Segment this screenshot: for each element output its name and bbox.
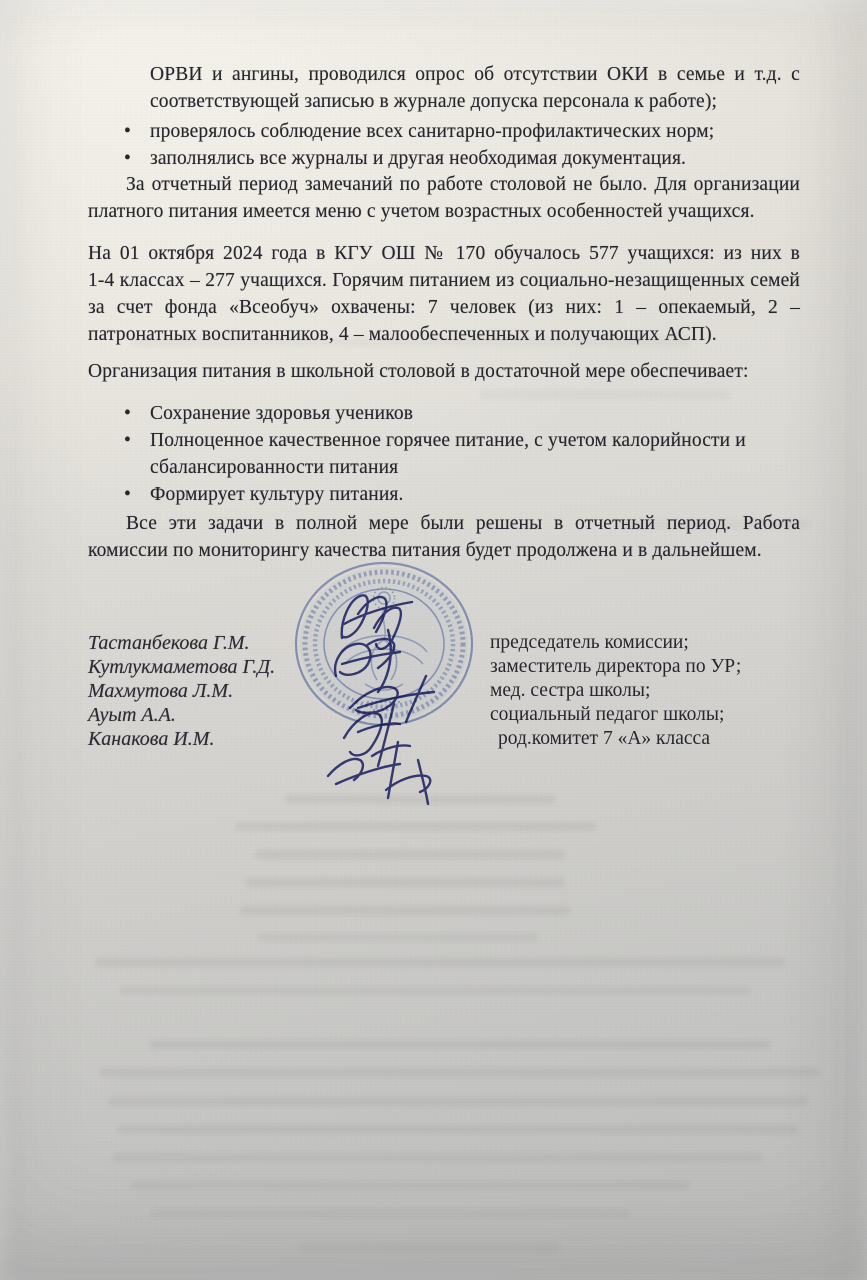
bleedthrough-line xyxy=(120,986,750,995)
signatory-row: Махмутова Л.М. мед. сестра школы; xyxy=(88,679,800,703)
bleedthrough-line xyxy=(480,390,730,399)
text-line: На 01 октября 2024 года в КГУ ОШ № 170 о… xyxy=(88,240,800,267)
list-item: • Формирует культуру питания. xyxy=(124,481,800,508)
paragraph-orvi: ОРВИ и ангины, проводился опрос об отсут… xyxy=(150,61,800,115)
list-item: • Полноценное качественное горячее питан… xyxy=(124,427,800,454)
bleedthrough-line xyxy=(95,958,785,967)
signatory-row: Канакова И.М. род.комитет 7 «А» класса xyxy=(88,727,800,751)
bleedthrough-line xyxy=(108,1097,808,1106)
list-item-text: проверялось соблюдение всех санитарно-пр… xyxy=(150,118,800,145)
paragraph-period: За отчетный период замечаний по работе с… xyxy=(88,171,800,225)
list-item: • заполнялись все журналы и другая необх… xyxy=(124,145,800,172)
text-line: комиссии по мониторингу качества питания… xyxy=(88,537,800,564)
bleedthrough-line xyxy=(245,878,565,887)
list-item-text: Полноценное качественное горячее питание… xyxy=(150,427,800,454)
bullet-icon: • xyxy=(124,427,150,454)
signatory-role: председатель комиссии; xyxy=(490,631,689,655)
text-line: За отчетный период замечаний по работе с… xyxy=(88,171,800,198)
list-item-text: заполнялись все журналы и другая необход… xyxy=(150,145,800,172)
bleedthrough-line xyxy=(235,822,595,831)
paragraph-final: Все эти задачи в полной мере были решены… xyxy=(88,510,800,564)
paragraph-october: На 01 октября 2024 года в КГУ ОШ № 170 о… xyxy=(88,240,800,348)
signatory-row: Ауыт А.А. социальный педагог школы; xyxy=(88,703,800,727)
bleedthrough-line xyxy=(150,1040,770,1049)
text-line: Все эти задачи в полной мере были решены… xyxy=(88,510,800,537)
bullet-icon: • xyxy=(124,118,150,145)
signatory-name: Ауыт А.А. xyxy=(88,703,176,727)
signatory-role: заместитель директора по УР; xyxy=(490,655,741,679)
signatory-role: род.комитет 7 «А» класса xyxy=(498,727,710,751)
bleedthrough-line xyxy=(118,1125,798,1134)
signatory-row: Кутлукмаметова Г.Д. заместитель директор… xyxy=(88,655,800,679)
bleedthrough-line xyxy=(150,1209,630,1218)
bleedthrough-line xyxy=(300,1244,560,1253)
list-item-text: сбалансированности питания xyxy=(150,454,800,481)
scanned-document-page: ОРВИ и ангины, проводился опрос об отсут… xyxy=(0,0,867,1280)
signatory-role: социальный педагог школы; xyxy=(490,703,724,727)
bullet-icon: • xyxy=(124,400,150,427)
signatory-row: Тастанбекова Г.М. председатель комиссии; xyxy=(88,631,800,655)
bullet-icon: • xyxy=(124,481,150,508)
text-line: Организация питания в школьной столовой … xyxy=(88,358,800,385)
list-item: • проверялось соблюдение всех санитарно-… xyxy=(124,118,800,145)
text-line: соответствующей записью в журнале допуск… xyxy=(150,88,800,115)
bullet-icon: • xyxy=(124,145,150,172)
list-item-continuation: сбалансированности питания xyxy=(124,454,800,481)
list-item: • Сохранение здоровья учеников xyxy=(124,400,800,427)
signatory-name: Канакова И.М. xyxy=(88,727,214,751)
bleedthrough-line xyxy=(285,795,555,804)
bleedthrough-line xyxy=(100,1068,820,1077)
bleedthrough-line xyxy=(130,1181,690,1190)
text-line: 1-4 классах – 277 учащихся. Горячим пита… xyxy=(88,267,800,294)
bullet-list-sanitary: • проверялось соблюдение всех санитарно-… xyxy=(124,118,800,172)
text-line: платного питания имеется меню с учетом в… xyxy=(88,198,800,225)
bleedthrough-line xyxy=(112,1153,762,1162)
bleedthrough-line xyxy=(258,933,538,942)
bullet-spacer xyxy=(124,454,150,481)
signatory-name: Махмутова Л.М. xyxy=(88,679,233,703)
signatory-role: мед. сестра школы; xyxy=(490,679,650,703)
text-line: ОРВИ и ангины, проводился опрос об отсут… xyxy=(150,61,800,88)
bleedthrough-line xyxy=(255,850,565,859)
paragraph-organization: Организация питания в школьной столовой … xyxy=(88,358,800,385)
bleedthrough-line xyxy=(240,906,570,915)
list-item-text: Сохранение здоровья учеников xyxy=(150,400,800,427)
bullet-list-nutrition: • Сохранение здоровья учеников • Полноце… xyxy=(124,400,800,508)
signatory-name: Тастанбекова Г.М. xyxy=(88,631,250,655)
text-line: за счет фонда «Всеобуч» охвачены: 7 чело… xyxy=(88,294,800,321)
list-item-text: Формирует культуру питания. xyxy=(150,481,800,508)
signatories-block: Тастанбекова Г.М. председатель комиссии;… xyxy=(88,631,800,751)
signatory-name: Кутлукмаметова Г.Д. xyxy=(88,655,275,679)
text-line: патронатных воспитанников, 4 – малообесп… xyxy=(88,321,800,348)
